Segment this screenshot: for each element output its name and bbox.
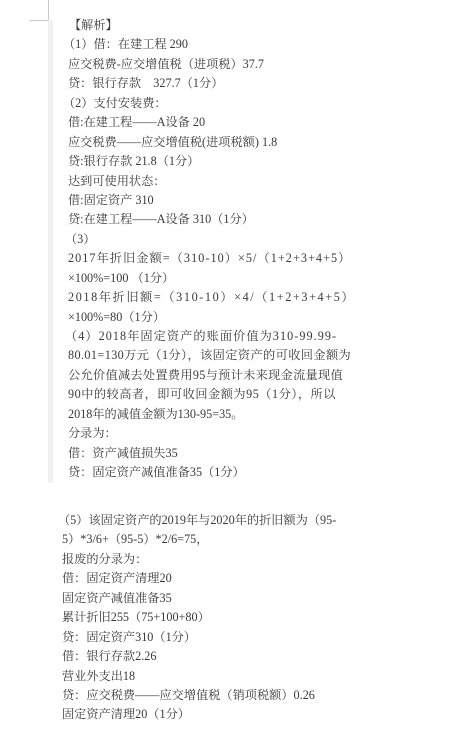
text-line: 2018年折旧额=（310-10）×4/（1+2+3+4+5） — [68, 288, 359, 307]
text-line: （5）该固定资产的2019年与2020年的折旧额为（95- — [58, 511, 362, 530]
scrap-section: （5）该固定资产的2019年与2020年的折旧额为（95- 5）*3/6+（95… — [62, 511, 362, 725]
page-corner-mark-vertical — [48, 0, 49, 20]
text-line: 公允价值减去处置费用95与预计未来现金流量现值 — [68, 366, 359, 385]
text-line: 达到可使用状态： — [68, 172, 359, 191]
text-line: 借：固定资产清理20 — [62, 569, 362, 588]
page-corner-mark-horizontal — [30, 20, 48, 21]
text-line: 累计折旧255（75+100+80） — [62, 608, 362, 627]
text-line: 分录为： — [68, 424, 359, 443]
text-line: （1）借：在建工程 290 — [63, 35, 359, 54]
text-line: 2018年的减值金额为130-95=35。 — [68, 405, 359, 424]
text-line: 2017年折旧金额=（310-10）×5/（1+2+3+4+5） — [68, 249, 359, 268]
text-line: 90中的较高者，即可收回金额为95（1分），所以 — [68, 385, 359, 404]
text-line: 固定资产减值准备35 — [62, 589, 362, 608]
text-line: 借：银行存款2.26 — [62, 647, 362, 666]
analysis-section: 【解析】 （1）借：在建工程 290 应交税费-应交增值税（进项税）37.7 贷… — [69, 16, 359, 483]
text-line: 5）*3/6+（95-5）*2/6=75， — [62, 530, 362, 549]
text-line: 贷:在建工程——A设备 310（1分） — [68, 210, 359, 229]
text-line: 报废的分录为： — [62, 550, 362, 569]
text-line: 贷：银行存款 327.7（1分） — [68, 74, 359, 93]
quote-side-bar — [48, 20, 53, 483]
heading-analysis: 【解析】 — [69, 16, 359, 35]
text-line: 借:固定资产 310 — [68, 191, 359, 210]
text-line: 借:在建工程——A设备 20 — [68, 113, 359, 132]
text-line: （2）支付安装费： — [63, 94, 359, 113]
text-line: （3） — [65, 230, 359, 249]
text-line: 贷：应交税费——应交增值税（销项税额）0.26 — [62, 686, 362, 705]
text-line: 80.01=130万元（1分），该固定资产的可收回金额为 — [68, 346, 359, 365]
text-line: 借：资产减值损失35 — [68, 444, 359, 463]
text-line: 应交税费-应交增值税（进项税）37.7 — [68, 55, 359, 74]
text-line: 贷:银行存款 21.8（1分） — [68, 152, 359, 171]
text-line: （4）2018年固定资产的账面价值为310-99.99- — [65, 327, 359, 346]
text-line: ×100%=80（1分） — [68, 308, 359, 327]
text-line: 贷：固定资产减值准备35（1分） — [68, 463, 359, 482]
text-line: 固定资产清理20（1分） — [62, 705, 362, 724]
text-line: ×100%=100 （1分） — [68, 269, 359, 288]
text-line: 应交税费——应交增值税(进项税额) 1.8 — [68, 133, 359, 152]
text-line: 贷：固定资产310（1分） — [62, 628, 362, 647]
text-line: 营业外支出18 — [62, 667, 362, 686]
